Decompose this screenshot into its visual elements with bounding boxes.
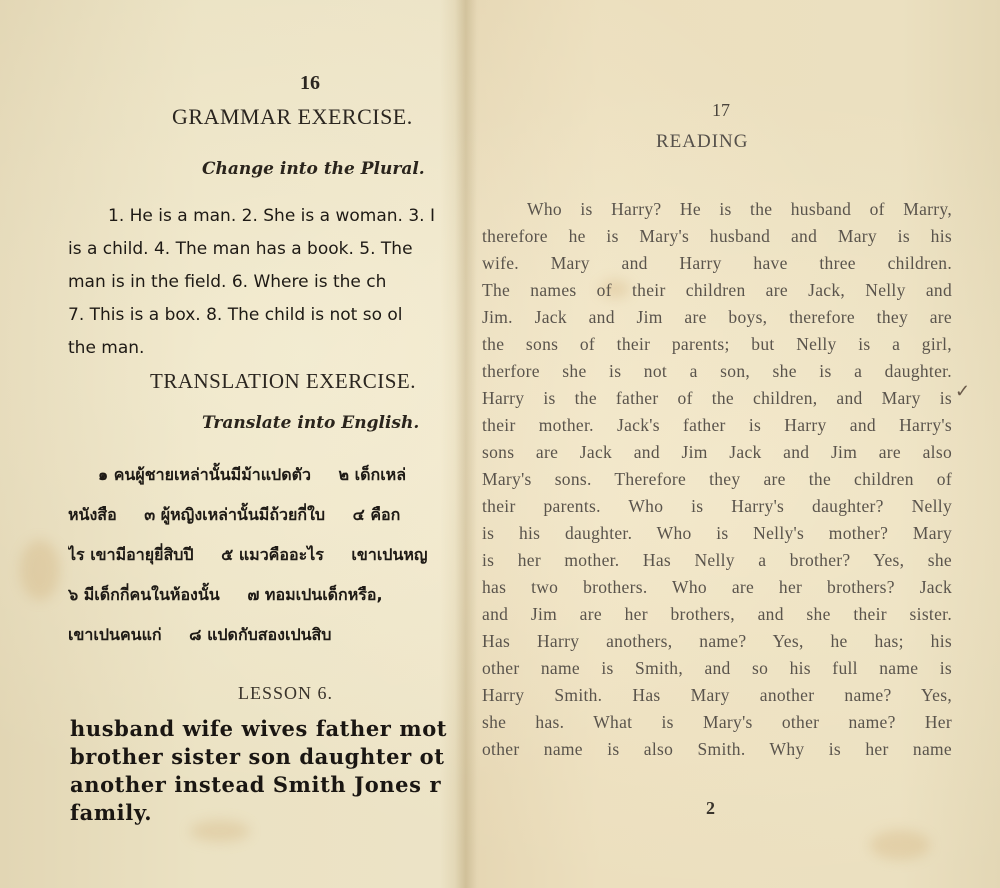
thai-sentence: ๔ คือก xyxy=(353,505,401,524)
text-line: wife. Mary and Harry have three children… xyxy=(482,250,952,277)
text-line: Has Harry anothers, name? Yes, he has; h… xyxy=(482,628,952,655)
vocabulary-line: family. xyxy=(70,799,470,827)
text-line: therefore he is Mary's husband and Mary … xyxy=(482,223,952,250)
text-line: has two brothers. Who are her brothers? … xyxy=(482,574,952,601)
text-line: and Jim are her brothers, and she their … xyxy=(482,601,952,628)
thai-sentence: เขาเปนหญ xyxy=(351,545,427,564)
text-line: therfore she is not a son, she is a daug… xyxy=(482,358,952,385)
text-line: other name is also Smith. Why is her nam… xyxy=(482,736,952,763)
text-line: is her mother. Has Nelly a brother? Yes,… xyxy=(482,547,952,574)
thai-sentence: หนังสือ xyxy=(68,505,117,524)
thai-sentence: ๖ มีเด็กกี่คนในห้องนั้น xyxy=(68,585,220,604)
translation-exercise-title: TRANSLATION EXERCISE. xyxy=(150,369,416,394)
thai-line: หนังสือ ๓ ผู้หญิงเหล่านั้นมีถ้วยกี่ใบ ๔ … xyxy=(68,495,470,535)
text-line: is a child. 4. The man has a book. 5. Th… xyxy=(68,233,470,266)
grammar-instruction: Change into the Plural. xyxy=(202,159,425,179)
thai-sentence: ๕ แมวคืออะไร xyxy=(221,545,324,564)
right-page: 17 READING Who is Harry? He is the husba… xyxy=(470,0,1000,888)
text-line: the sons of their parents; but Nelly is … xyxy=(482,331,952,358)
pencil-check-mark-icon: ✓ xyxy=(955,381,970,402)
reading-passage: Who is Harry? He is the husband of Marry… xyxy=(482,196,952,763)
thai-sentence: ๓ ผู้หญิงเหล่านั้นมีถ้วยกี่ใบ xyxy=(144,505,325,524)
thai-sentence: ๗ ทอมเปนเด็กหรือ, xyxy=(247,585,382,604)
thai-sentence: ๒ เด็กเหล่ xyxy=(339,465,406,484)
text-line: The names of their children are Jack, Ne… xyxy=(482,277,952,304)
thai-sentence: ๑ คนผู้ชายเหล่านั้นมีม้าแปดตัว xyxy=(98,465,311,484)
text-line: she has. What is Mary's other name? Her xyxy=(482,709,952,736)
thai-sentence: ๘ แปดกับสองเปนสิบ xyxy=(189,625,331,644)
lesson-vocabulary: husband wife wives father mot brother si… xyxy=(70,715,470,827)
page-number: 17 xyxy=(712,100,730,121)
thai-line: ๑ คนผู้ชายเหล่านั้นมีม้าแปดตัว ๒ เด็กเหล… xyxy=(68,455,470,495)
text-line: 1. He is a man. 2. She is a woman. 3. I xyxy=(68,200,470,233)
reading-title: READING xyxy=(656,131,749,153)
text-line: man is in the field. 6. Where is the ch xyxy=(68,266,470,299)
vocabulary-line: another instead Smith Jones r xyxy=(70,771,470,799)
grammar-exercise-text: 1. He is a man. 2. She is a woman. 3. I … xyxy=(68,200,470,365)
text-line: 7. This is a box. 8. The child is not so… xyxy=(68,299,470,332)
page-number: 16 xyxy=(300,72,320,95)
left-page: 16 GRAMMAR EXERCISE. Change into the Plu… xyxy=(0,0,470,888)
text-line: their parents. Who is Harry's daughter? … xyxy=(482,493,952,520)
thai-sentence: ไร เขามีอายุยี่สิบปี xyxy=(68,545,194,564)
text-line: other name is Smith, and so his full nam… xyxy=(482,655,952,682)
translation-instruction: Translate into English. xyxy=(202,413,419,433)
book-spread: 16 GRAMMAR EXERCISE. Change into the Plu… xyxy=(0,0,1000,888)
thai-line: เขาเปนคนแก่ ๘ แปดกับสองเปนสิบ xyxy=(68,615,470,655)
lesson-title: LESSON 6. xyxy=(238,683,333,704)
vocabulary-line: husband wife wives father mot xyxy=(70,715,470,743)
thai-sentence: เขาเปนคนแก่ xyxy=(68,625,162,644)
thai-exercise-text: ๑ คนผู้ชายเหล่านั้นมีม้าแปดตัว ๒ เด็กเหล… xyxy=(68,455,470,655)
text-line: the man. xyxy=(68,332,470,365)
text-line: Mary's sons. Therefore they are the chil… xyxy=(482,466,952,493)
vocabulary-line: brother sister son daughter ot xyxy=(70,743,470,771)
thai-line: ๖ มีเด็กกี่คนในห้องนั้น ๗ ทอมเปนเด็กหรือ… xyxy=(68,575,470,615)
text-line: Harry Smith. Has Mary another name? Yes, xyxy=(482,682,952,709)
signature-mark: 2 xyxy=(706,798,715,819)
text-line: Jim. Jack and Jim are boys, therefore th… xyxy=(482,304,952,331)
text-line: Harry is the father of the children, and… xyxy=(482,385,952,412)
text-line: their mother. Jack's father is Harry and… xyxy=(482,412,952,439)
text-line: sons are Jack and Jim Jack and Jim are a… xyxy=(482,439,952,466)
thai-line: ไร เขามีอายุยี่สิบปี ๕ แมวคืออะไร เขาเปน… xyxy=(68,535,470,575)
text-line: Who is Harry? He is the husband of Marry… xyxy=(482,196,952,223)
grammar-exercise-title: GRAMMAR EXERCISE. xyxy=(172,104,413,130)
text-line: is his daughter. Who is Nelly's mother? … xyxy=(482,520,952,547)
